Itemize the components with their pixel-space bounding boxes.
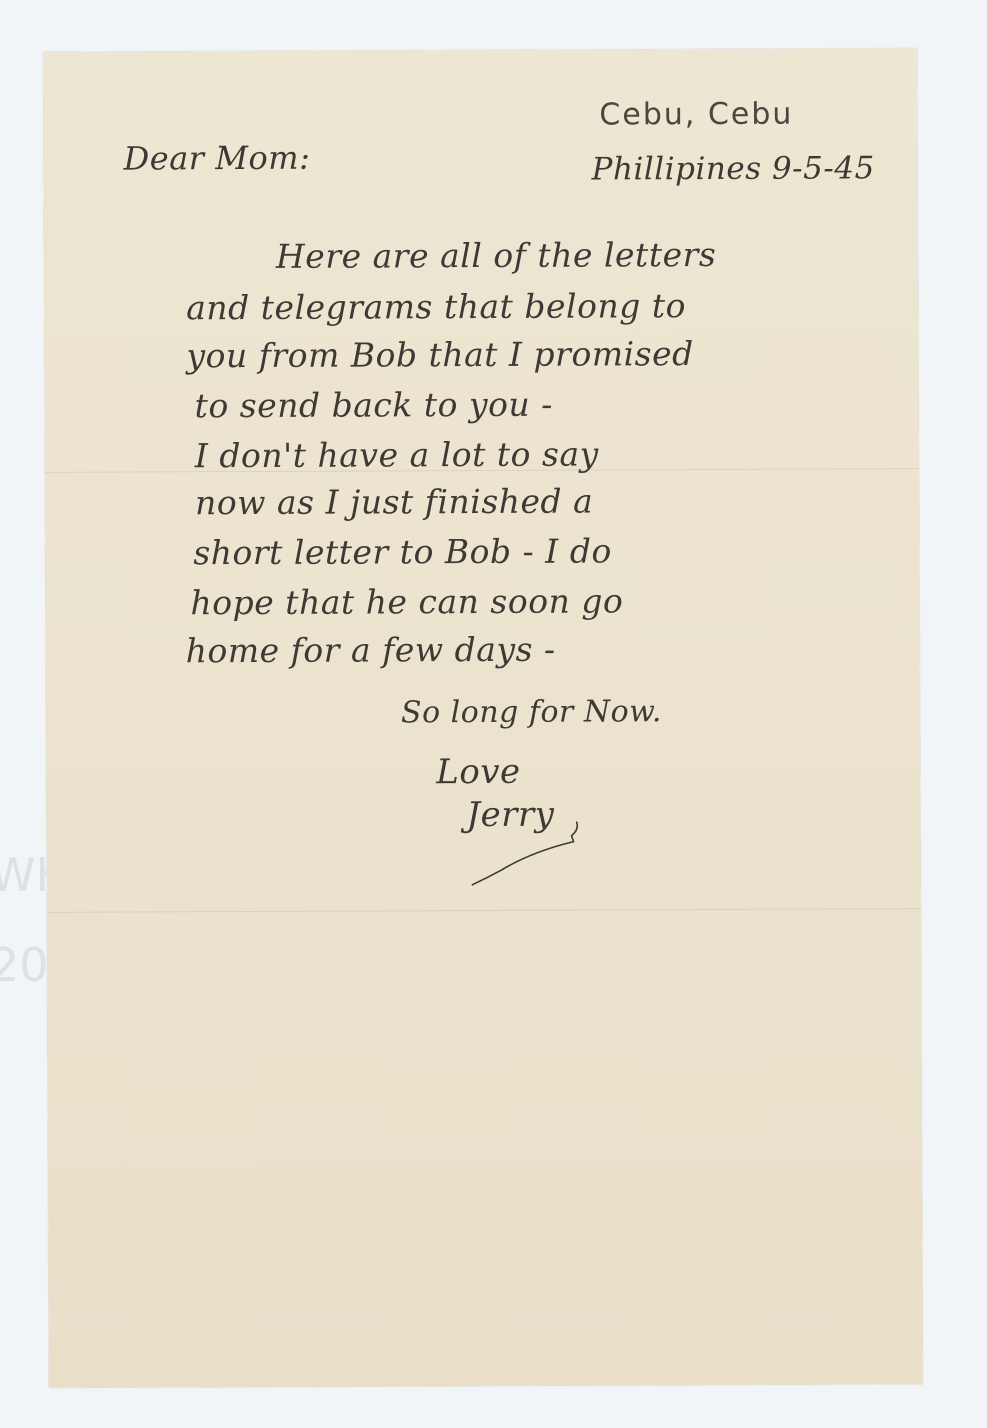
body-line: and telegrams that belong to — [186, 286, 686, 327]
body-line: you from Bob that I promised — [186, 334, 693, 375]
location-line-city: Cebu, Cebu — [599, 97, 793, 133]
body-line: I don't have a lot to say — [195, 434, 599, 475]
location-line-country-date: Phillipines 9-5-45 — [592, 150, 875, 187]
body-line: home for a few days - — [186, 630, 556, 671]
body-line: short letter to Bob - I do — [193, 531, 612, 572]
paper-fold-line — [47, 908, 921, 913]
signature-flourish-icon — [461, 789, 621, 890]
closing-line: So long for Now. — [401, 694, 662, 730]
body-line: hope that he can soon go — [190, 581, 623, 622]
body-line: Here are all of the letters — [276, 235, 716, 276]
letter-paper: Cebu, Cebu Phillipines 9-5-45 Dear Mom: … — [43, 48, 923, 1388]
body-line: to send back to you - — [195, 385, 553, 426]
greeting: Dear Mom: — [123, 139, 310, 178]
sign-off: Love — [436, 752, 521, 792]
body-line: now as I just finished a — [195, 482, 593, 523]
